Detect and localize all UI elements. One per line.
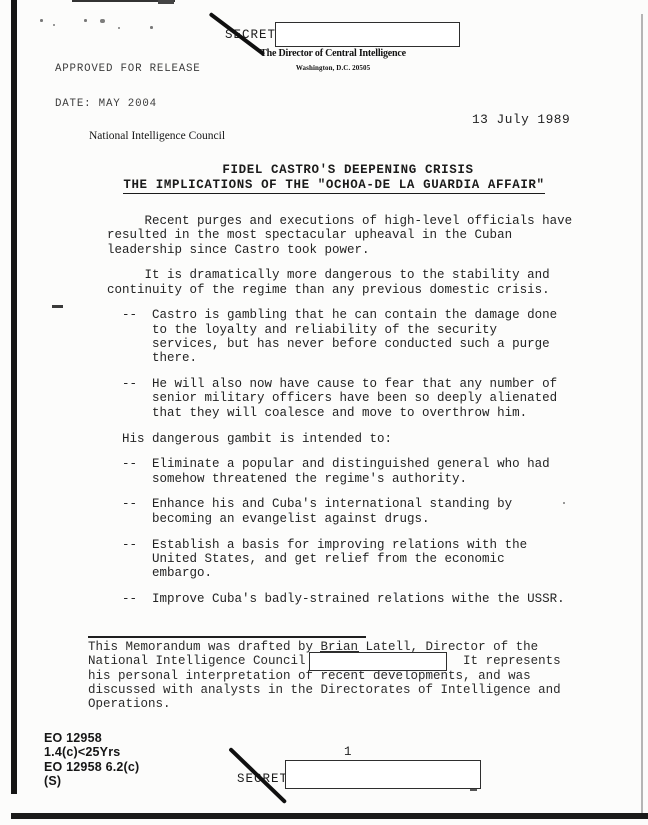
body-bullet: -- Improve Cuba's badly-strained relatio… <box>107 592 607 606</box>
document-title-line1: FIDEL CASTRO'S DEEPENING CRISIS <box>92 163 604 178</box>
scan-speck <box>150 26 153 29</box>
letterhead-address: Washington, D.C. 20505 <box>253 64 413 72</box>
body-bullet: -- Establish a basis for improving relat… <box>107 538 607 581</box>
page-number: 1 <box>344 745 352 759</box>
body-bullet: -- He will also now have cause to fear t… <box>107 377 607 420</box>
document-title-line2-text: THE IMPLICATIONS OF THE "OCHOA-DE LA GUA… <box>123 178 544 194</box>
approval-stamp-line1: APPROVED FOR RELEASE <box>55 64 201 76</box>
margin-dash-mark <box>52 305 63 308</box>
declassification-stamp: EO 12958 1.4(c)<25Yrs EO 12958 6.2(c) (S… <box>44 731 139 788</box>
approval-stamp-line2: DATE: MAY 2004 <box>55 99 201 111</box>
document-title-line2: THE IMPLICATIONS OF THE "OCHOA-DE LA GUA… <box>64 178 604 193</box>
scan-mark <box>470 789 477 791</box>
document-body: Recent purges and executions of high-lev… <box>107 214 607 618</box>
scan-speck <box>84 19 87 22</box>
body-paragraph: His dangerous gambit is intended to: <box>107 432 607 446</box>
scan-mark <box>158 0 174 4</box>
office-name: National Intelligence Council <box>89 130 225 142</box>
letterhead-title: The Director of Central Intelligence <box>253 48 413 60</box>
body-bullet: -- Enhance his and Cuba's international … <box>107 497 607 526</box>
body-paragraph: Recent purges and executions of high-lev… <box>107 214 607 257</box>
approval-stamp: APPROVED FOR RELEASE DATE: MAY 2004 <box>55 40 201 134</box>
document-page: APPROVED FOR RELEASE DATE: MAY 2004 SECR… <box>0 0 648 825</box>
redaction-box-bottom <box>285 760 481 789</box>
footnote-separator <box>88 636 366 638</box>
scan-edge-bottom <box>11 813 648 819</box>
scan-edge-left <box>11 0 17 794</box>
scan-edge-right <box>641 14 643 813</box>
scan-speck <box>100 19 105 23</box>
document-title: FIDEL CASTRO'S DEEPENING CRISIS THE IMPL… <box>64 163 604 193</box>
body-bullet: -- Eliminate a popular and distinguished… <box>107 457 607 486</box>
scan-speck <box>118 27 120 29</box>
redaction-box-footnote <box>309 652 447 671</box>
scan-speck <box>53 24 55 26</box>
body-paragraph: It is dramatically more dangerous to the… <box>107 268 607 297</box>
body-bullet: -- Castro is gambling that he can contai… <box>107 308 607 365</box>
document-date: 13 July 1989 <box>472 112 570 127</box>
scan-speck <box>40 19 43 22</box>
redaction-box-top <box>275 22 460 47</box>
letterhead: The Director of Central Intelligence Was… <box>253 48 413 72</box>
